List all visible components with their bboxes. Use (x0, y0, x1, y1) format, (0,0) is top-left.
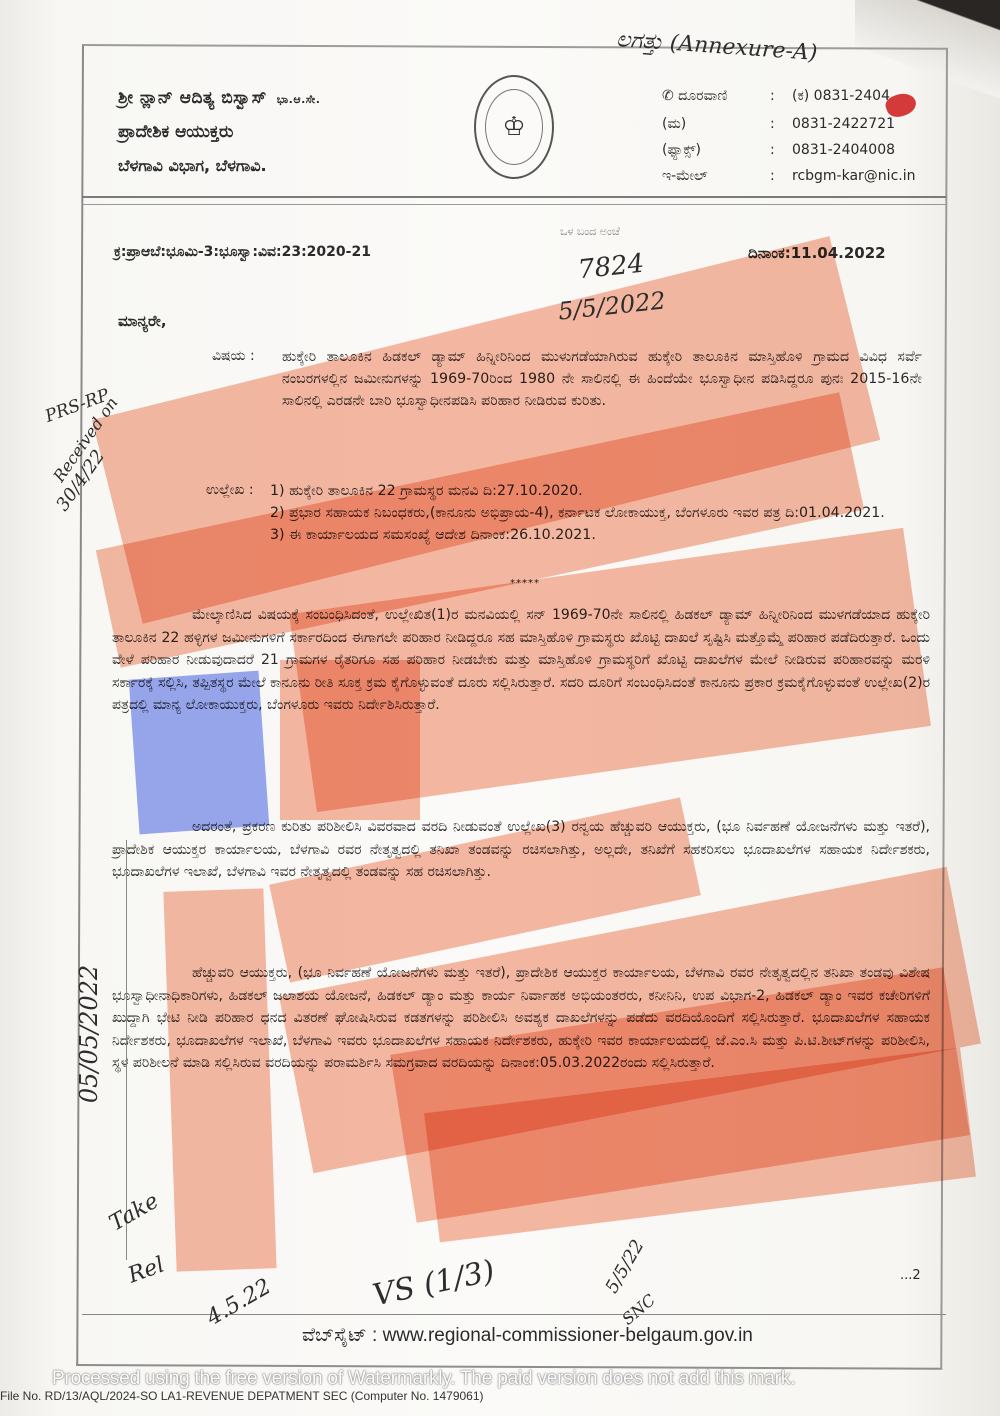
scanned-letter-page: ಶ್ರೀ ನ್ಲಾನ್ ಆದಿತ್ಯ ಬಿಸ್ವಾಸ್ಭಾ.ಆ.ಸೇ. ಪ್ರಾ… (0, 0, 1000, 1416)
highlight-overlay (280, 660, 420, 820)
footer-website: ವೆಬ್‌ಸೈಟ್ : www.regional-commissioner-be… (302, 1325, 753, 1347)
subject-label: ವಿಷಯ : (212, 348, 255, 364)
contact-email: ಇ-ಮೇಲ್:rcbgm-kar@nic.in (662, 168, 915, 184)
contact-phone-residence: (ಮ):0831-2422721 (662, 116, 895, 132)
reference-number: ಕ್ರ:ಪ್ರಾಆಬೆ:ಭೂಮಿ-3:ಭೂಸ್ವಾ:ವಿವ:23:2020-21 (114, 244, 371, 260)
karnataka-emblem-icon: ♔ (474, 75, 554, 179)
officer-name: ಶ್ರೀ ನ್ಲಾನ್ ಆದಿತ್ಯ ಬಿಸ್ವಾಸ್ಭಾ.ಆ.ಸೇ. (118, 88, 320, 108)
officer-designation: ಪ್ರಾದೇಶಿಕ ಆಯುಕ್ತರು (118, 122, 233, 142)
contact-phone-office: ✆ ದೂರವಾಣಿ:(ಕ) 0831-2404 (662, 88, 890, 104)
inward-stamp-header: ಒಳ ಬಂದ ಅಂಚೆ (560, 225, 620, 239)
officer-service: ಭಾ.ಆ.ಸೇ. (277, 93, 321, 106)
watermark-text: Processed using the free version of Wate… (52, 1368, 795, 1390)
office-address: ಬೆಳಗಾವಿ ವಿಭಾಗ, ಬೆಳಗಾವಿ. (118, 156, 267, 176)
file-number: File No. RD/13/AQL/2024-SO LA1-REVENUE D… (0, 1389, 484, 1403)
salutation: ಮಾನ್ಯರೇ, (118, 312, 167, 330)
header-divider-thin (82, 204, 946, 205)
margin-date-stamp: 05/05/2022 (75, 965, 103, 1103)
header-divider (82, 196, 946, 198)
highlight-overlay-blue (129, 671, 269, 835)
contact-fax: (ಫ್ಯಾಕ್ಸ್):0831-2404008 (662, 142, 895, 158)
margin-line (126, 840, 127, 1260)
highlight-overlay (163, 888, 276, 1271)
continued-marker: ...2 (900, 1268, 921, 1283)
